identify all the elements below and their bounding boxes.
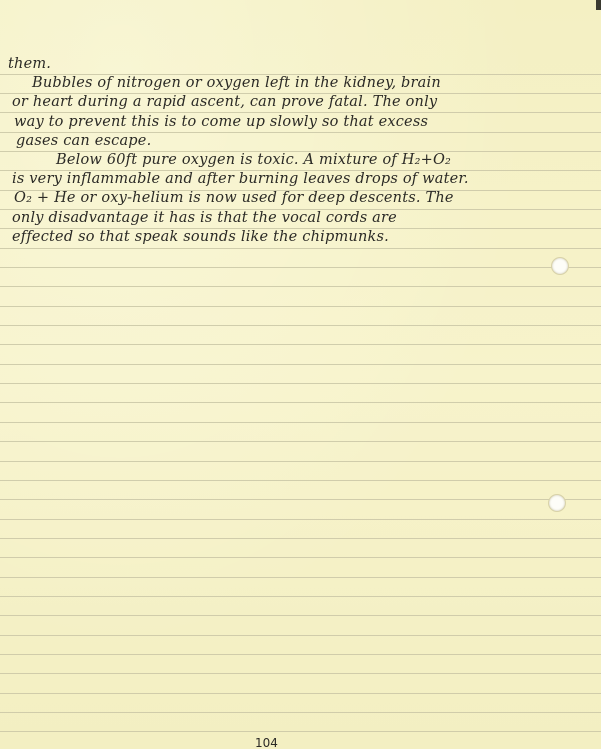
ruled-line: [0, 364, 601, 365]
text-line-3: or heart during a rapid ascent, can prov…: [12, 92, 601, 112]
notebook-page: them. Bubbles of nitrogen or oxygen left…: [0, 0, 601, 749]
text-line-6: Below 60ft pure oxygen is toxic. A mixtu…: [56, 150, 601, 170]
page-number: 104: [255, 736, 278, 749]
ruled-line: [0, 731, 601, 732]
punch-hole-upper: [552, 258, 568, 274]
text-line-2: Bubbles of nitrogen or oxygen left in th…: [32, 73, 601, 93]
punch-hole-lower: [549, 495, 565, 511]
ruled-line: [0, 499, 601, 500]
ruled-line: [0, 615, 601, 616]
ruled-line: [0, 441, 601, 442]
ruled-line: [0, 267, 601, 268]
ruled-line: [0, 461, 601, 462]
ruled-line: [0, 519, 601, 520]
ruled-line: [0, 286, 601, 287]
ruled-line: [0, 538, 601, 539]
ruled-line: [0, 693, 601, 694]
text-line-1: them.: [8, 54, 601, 74]
text-line-10: effected so that speak sounds like the c…: [12, 227, 601, 247]
ruled-line: [0, 383, 601, 384]
ruled-line: [0, 306, 601, 307]
ruled-line: [0, 557, 601, 558]
text-line-4: way to prevent this is to come up slowly…: [14, 112, 601, 132]
text-line-8: O₂ + He or oxy-helium is now used for de…: [14, 188, 601, 208]
ruled-line: [0, 344, 601, 345]
text-line-9: only disadvantage it has is that the voc…: [12, 208, 601, 228]
ruled-line: [0, 402, 601, 403]
ruled-line: [0, 248, 601, 249]
text-line-5: gases can escape.: [16, 131, 601, 151]
page-corner-shadow: [596, 0, 601, 10]
ruled-line: [0, 422, 601, 423]
ruled-line: [0, 635, 601, 636]
ruled-line: [0, 577, 601, 578]
ruled-line: [0, 673, 601, 674]
ruled-line: [0, 325, 601, 326]
ruled-line: [0, 654, 601, 655]
ruled-line: [0, 480, 601, 481]
text-line-7: is very inflammable and after burning le…: [12, 169, 601, 189]
ruled-line: [0, 596, 601, 597]
ruled-line: [0, 712, 601, 713]
